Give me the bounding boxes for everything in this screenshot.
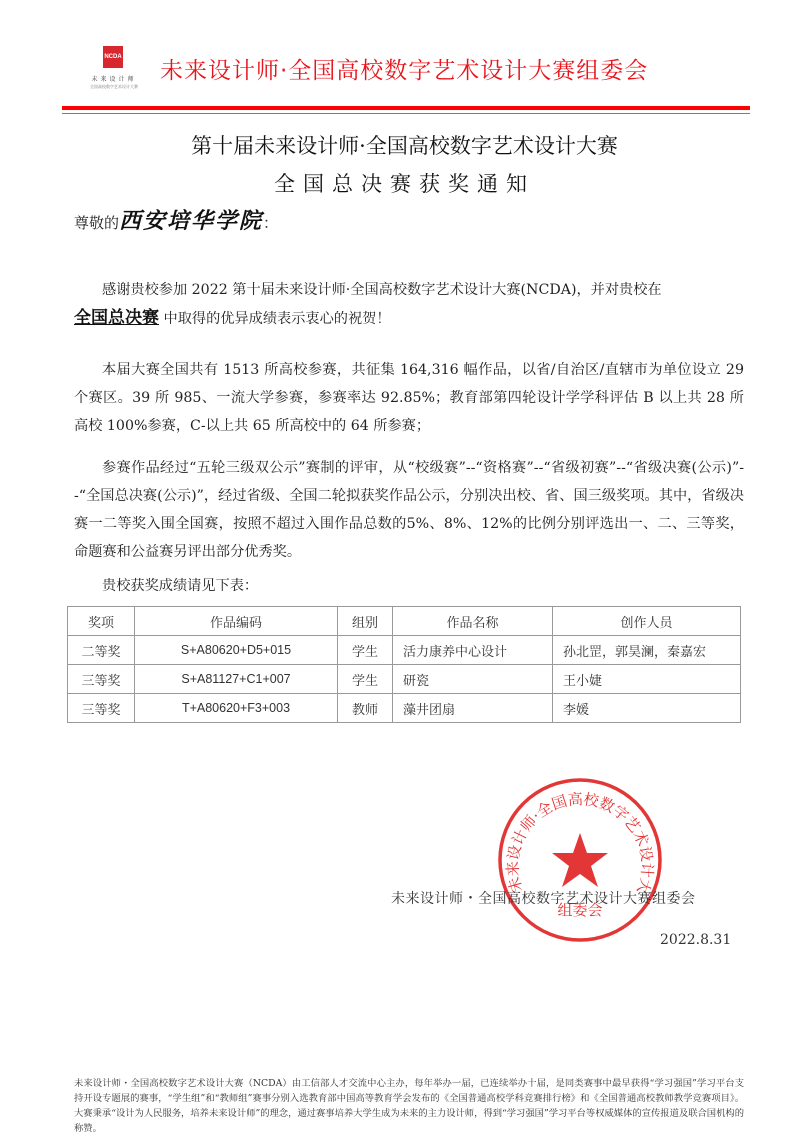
cell-group: 学生 <box>338 636 393 665</box>
document-title-line1: 第十届未来设计师·全国高校数字艺术设计大赛 <box>0 130 809 160</box>
signing-organization: 未来设计师・全国高校数字艺术设计大赛组委会 <box>391 888 696 908</box>
greeting-prefix: 尊敬的 <box>74 214 119 232</box>
paragraph-judging-process: 参赛作品经过“五轮三级双公示”赛制的评审，从“校级赛”--“资格赛”--“省级初… <box>74 454 744 566</box>
header-award: 奖项 <box>68 607 135 636</box>
letterhead-title: 未来设计师·全国高校数字艺术设计大赛组委会 <box>160 52 648 85</box>
cell-work-name: 活力康养中心设计 <box>393 636 553 665</box>
svg-text:未来设计师·全国高校数字艺术设计大赛组委会: 未来设计师·全国高校数字艺术设计大赛组委会 <box>495 775 656 896</box>
award-level-highlight: 全国总决赛 <box>74 308 159 328</box>
table-header-row: 奖项 作品编码 组别 作品名称 创作人员 <box>68 607 741 636</box>
paragraph1-line2: 全国总决赛 中取得的优异成绩表示衷心的祝贺！ <box>74 304 744 333</box>
cell-code: S+A80620+D5+015 <box>135 636 338 665</box>
school-name: 西安培华学院 <box>119 209 263 234</box>
official-seal-icon: 未来设计师·全国高校数字艺术设计大赛组委会 组委会 <box>495 775 665 945</box>
header-rule-thick <box>62 106 750 110</box>
cell-work-name: 藻井团扇 <box>393 694 553 723</box>
cell-creators: 孙北罡，郭昊澜，秦嘉宏 <box>553 636 741 665</box>
cell-creators: 李媛 <box>553 694 741 723</box>
header-creators: 创作人员 <box>553 607 741 636</box>
logo-text-secondary: 全国高校数字艺术设计大赛 <box>78 84 150 90</box>
header-work-name: 作品名称 <box>393 607 553 636</box>
logo-text-primary: 未来设计师 <box>78 74 150 83</box>
letterhead: NCDA 未来设计师 全国高校数字艺术设计大赛 未来设计师·全国高校数字艺术设计… <box>0 0 809 120</box>
awards-table: 奖项 作品编码 组别 作品名称 创作人员 二等奖 S+A80620+D5+015… <box>67 606 741 723</box>
cell-creators: 王小婕 <box>553 665 741 694</box>
header-rule-thin <box>62 113 750 114</box>
cell-work-name: 研瓷 <box>393 665 553 694</box>
cell-award: 三等奖 <box>68 665 135 694</box>
paragraph1-line1: 感谢贵校参加 2022 第十届未来设计师·全国高校数字艺术设计大赛(NCDA)，… <box>74 276 744 304</box>
logo-mark-icon: NCDA <box>103 46 123 68</box>
ncda-logo: NCDA 未来设计师 全国高校数字艺术设计大赛 <box>78 46 150 98</box>
footer-note: 未来设计师・全国高校数字艺术设计大赛（NCDA）由工信部人才交流中心主办，每年举… <box>74 1076 744 1136</box>
cell-group: 教师 <box>338 694 393 723</box>
paragraph-table-intro: 贵校获奖成绩请见下表： <box>74 572 744 600</box>
greeting-suffix: ： <box>263 214 278 232</box>
document-title-line2: 全国总决赛获奖通知 <box>0 168 809 198</box>
paragraph1-rest: 中取得的优异成绩表示衷心的祝贺！ <box>159 311 391 327</box>
cell-code: S+A81127+C1+007 <box>135 665 338 694</box>
cell-group: 学生 <box>338 665 393 694</box>
table-row: 二等奖 S+A80620+D5+015 学生 活力康养中心设计 孙北罡，郭昊澜，… <box>68 636 741 665</box>
paragraph-statistics: 本届大赛全国共有 1513 所高校参赛，共征集 164,316 幅作品，以省/自… <box>74 356 744 440</box>
header-group: 组别 <box>338 607 393 636</box>
cell-award: 三等奖 <box>68 694 135 723</box>
greeting: 尊敬的西安培华学院： <box>74 204 278 235</box>
header-code: 作品编码 <box>135 607 338 636</box>
table-row: 三等奖 S+A81127+C1+007 学生 研瓷 王小婕 <box>68 665 741 694</box>
cell-award: 二等奖 <box>68 636 135 665</box>
table-row: 三等奖 T+A80620+F3+003 教师 藻井团扇 李媛 <box>68 694 741 723</box>
signing-date: 2022.8.31 <box>660 932 731 948</box>
paragraph-congratulations: 感谢贵校参加 2022 第十届未来设计师·全国高校数字艺术设计大赛(NCDA)，… <box>74 276 744 333</box>
cell-code: T+A80620+F3+003 <box>135 694 338 723</box>
